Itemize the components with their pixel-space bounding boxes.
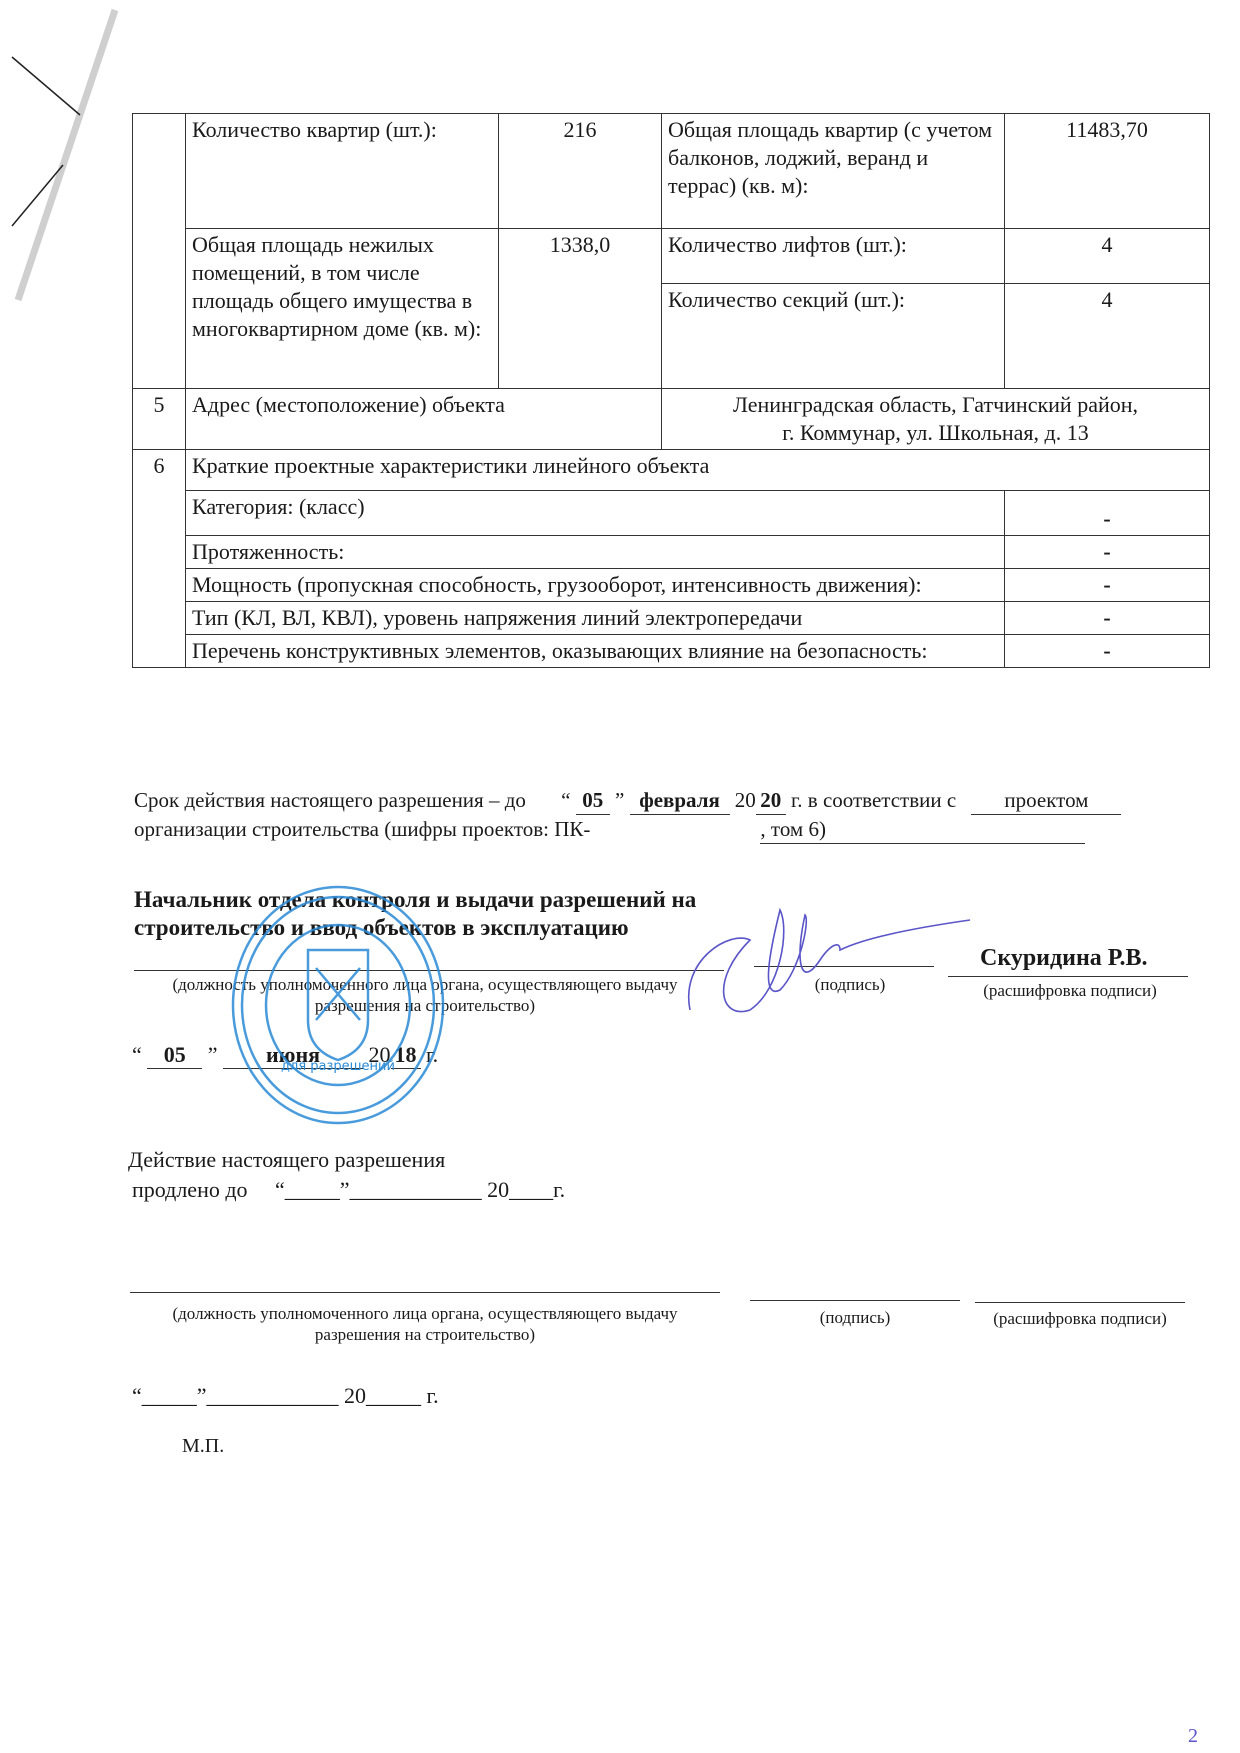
validity-after-year: г. в соответствии с <box>791 788 956 812</box>
capacity-label: Мощность (пропускная способность, грузоо… <box>186 569 1005 602</box>
extension-date-2: “_____”____________ 20_____ г. <box>132 1382 439 1410</box>
quote-close: ” <box>208 1042 218 1067</box>
signature-caption: (подпись) <box>780 974 920 995</box>
apartments-value: 216 <box>499 114 662 229</box>
extension-position-line <box>130 1292 720 1293</box>
validity-month: февраля <box>630 786 730 815</box>
validity-prefix: Срок действия настоящего разрешения – до <box>134 788 526 812</box>
safety-elements-label: Перечень конструктивных элементов, оказы… <box>186 635 1005 668</box>
name-line <box>948 976 1188 977</box>
issue-year-prefix: 20 <box>369 1042 391 1067</box>
page-number-mark: 2 <box>1188 1722 1198 1750</box>
issue-day: 05 <box>147 1042 202 1069</box>
issue-year-suffix: 18 <box>391 1042 421 1069</box>
extension-line1: Действие настоящего разрешения <box>128 1146 445 1174</box>
extension-prefix: продлено до <box>132 1177 248 1202</box>
capacity-value: - <box>1005 569 1210 602</box>
nonresidential-label: Общая площадь нежилых помещений, в том ч… <box>186 229 499 389</box>
validity-year-suffix: 20 <box>756 786 786 815</box>
address-line-1: Ленинградская область, Гатчинский район, <box>668 391 1203 419</box>
position-caption: (должность уполномоченного лица органа, … <box>160 974 690 1016</box>
extension-line2: продлено до “_____”____________ 20____г. <box>132 1176 565 1204</box>
length-label: Протяженность: <box>186 536 1005 569</box>
permit-characteristics-table: Количество квартир (шт.): 216 Общая площ… <box>132 113 1210 668</box>
line-type-label: Тип (КЛ, ВЛ, КВЛ), уровень напряжения ли… <box>186 602 1005 635</box>
linear-object-heading: Краткие проектные характеристики линейно… <box>186 450 1210 491</box>
row6-number: 6 <box>133 450 186 668</box>
name-caption: (расшифровка подписи) <box>965 980 1175 1001</box>
address-line-2: г. Коммунар, ул. Школьная, д. 13 <box>668 419 1203 447</box>
category-value: - <box>1005 491 1210 536</box>
elevators-value: 4 <box>1005 229 1210 284</box>
apartments-area-label: Общая площадь квартир (с учетом балконов… <box>662 114 1005 229</box>
category-label: Категория: (класс) <box>186 491 1005 536</box>
length-value: - <box>1005 536 1210 569</box>
validity-line2-start: организации строительства (шифры проекто… <box>134 817 590 841</box>
row4-number-cell <box>133 114 186 389</box>
seal-mark: М.П. <box>182 1432 224 1460</box>
extension-position-caption: (должность уполномоченного лица органа, … <box>160 1303 690 1345</box>
issue-year-label: г. <box>426 1042 438 1067</box>
extension-signature-caption: (подпись) <box>790 1307 920 1328</box>
signer-name: Скуридина Р.В. <box>980 945 1147 972</box>
extension-signature-line <box>750 1300 960 1301</box>
line-type-value: - <box>1005 602 1210 635</box>
extension-date-blank: “_____”____________ 20____г. <box>275 1177 565 1202</box>
extension-name-line <box>975 1302 1185 1303</box>
address-label: Адрес (местоположение) объекта <box>186 389 662 450</box>
apartments-label: Количество квартир (шт.): <box>186 114 499 229</box>
sections-value: 4 <box>1005 284 1210 389</box>
validity-day: 05 <box>576 786 610 815</box>
validity-statement: Срок действия настоящего разрешения – до… <box>134 786 1214 844</box>
issue-month: июня <box>223 1042 363 1069</box>
validity-year-prefix: 20 <box>735 788 756 812</box>
signature-line <box>754 966 934 967</box>
quote-close: ” <box>615 788 624 812</box>
row5-number: 5 <box>133 389 186 450</box>
apartments-area-value: 11483,70 <box>1005 114 1210 229</box>
nonresidential-value: 1338,0 <box>499 229 662 389</box>
quote-open: “ <box>132 1042 142 1067</box>
validity-basis: проектом <box>971 786 1121 815</box>
quote-open: “ <box>561 788 570 812</box>
issue-date: “ 05 ” июня 2018 г. <box>132 1042 438 1069</box>
official-position-title: Начальник отдела контроля и выдачи разре… <box>134 886 734 942</box>
validity-line2-end: , том 6) <box>760 815 1085 844</box>
elevators-label: Количество лифтов (шт.): <box>662 229 1005 284</box>
position-line <box>134 970 724 971</box>
sections-label: Количество секций (шт.): <box>662 284 1005 389</box>
address-value: Ленинградская область, Гатчинский район,… <box>662 389 1210 450</box>
extension-name-caption: (расшифровка подписи) <box>975 1308 1185 1329</box>
safety-elements-value: - <box>1005 635 1210 668</box>
